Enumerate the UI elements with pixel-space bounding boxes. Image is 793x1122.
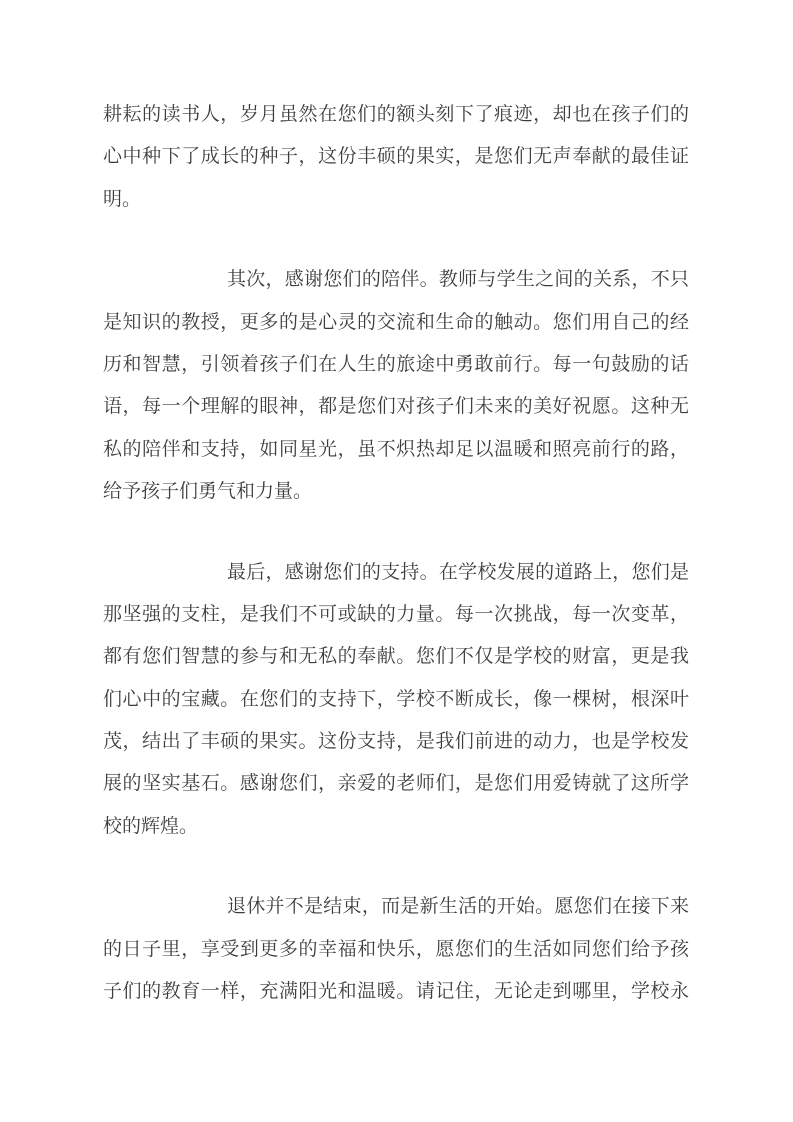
text-line: 的日子里，享受到更多的幸福和快乐，愿您们的生活如同您们给予孩 [103, 929, 689, 971]
text-line: 校的辉煌。 [103, 806, 689, 848]
text-line: 子们的教育一样，充满阳光和温暖。请记住，无论走到哪里，学校永 [103, 971, 689, 1013]
paragraph-4: 退休并不是结束，而是新生活的开始。愿您们在接下来 的日子里，享受到更多的幸福和快… [103, 886, 689, 1013]
paragraph-1: 耕耘的读书人，岁月虽然在您们的额头刻下了痕迹，却也在孩子们的 心中种下了成长的种… [103, 94, 689, 221]
text-line: 明。 [103, 179, 689, 221]
text-line: 茂，结出了丰硕的果实。这份支持，是我们前进的动力，也是学校发 [103, 721, 689, 763]
text-line: 最后，感谢您们的支持。在学校发展的道路上，您们是 [103, 552, 689, 594]
text-line: 都有您们智慧的参与和无私的奉献。您们不仅是学校的财富，更是我 [103, 636, 689, 678]
text-line: 那坚强的支柱，是我们不可或缺的力量。每一次挑战，每一次变革， [103, 594, 689, 636]
text-line: 语，每一个理解的眼神，都是您们对孩子们未来的美好祝愿。这种无 [103, 386, 689, 428]
paragraph-2: 其次，感谢您们的陪伴。教师与学生之间的关系，不只 是知识的教授，更多的是心灵的交… [103, 259, 689, 513]
text-line: 展的坚实基石。感谢您们，亲爱的老师们，是您们用爱铸就了这所学 [103, 763, 689, 805]
text-line: 耕耘的读书人，岁月虽然在您们的额头刻下了痕迹，却也在孩子们的 [103, 94, 689, 136]
text-line: 是知识的教授，更多的是心灵的交流和生命的触动。您们用自己的经 [103, 302, 689, 344]
document-page: 耕耘的读书人，岁月虽然在您们的额头刻下了痕迹，却也在孩子们的 心中种下了成长的种… [0, 0, 793, 1122]
text-line: 们心中的宝藏。在您们的支持下，学校不断成长，像一棵树，根深叶 [103, 679, 689, 721]
text-line: 其次，感谢您们的陪伴。教师与学生之间的关系，不只 [103, 259, 689, 301]
text-line: 私的陪伴和支持，如同星光，虽不炽热却足以温暖和照亮前行的路， [103, 429, 689, 471]
text-line: 历和智慧，引领着孩子们在人生的旅途中勇敢前行。每一句鼓励的话 [103, 344, 689, 386]
paragraph-3: 最后，感谢您们的支持。在学校发展的道路上，您们是 那坚强的支柱，是我们不可或缺的… [103, 552, 689, 849]
text-line: 退休并不是结束，而是新生活的开始。愿您们在接下来 [103, 886, 689, 928]
text-line: 心中种下了成长的种子，这份丰硕的果实，是您们无声奉献的最佳证 [103, 136, 689, 178]
text-line: 给予孩子们勇气和力量。 [103, 471, 689, 513]
